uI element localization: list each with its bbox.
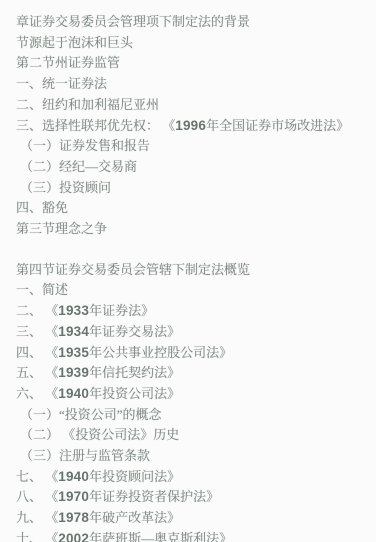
toc-line: 二、纽约和加利福尼亚州 <box>16 95 370 116</box>
toc-line-text: 一、统一证券法 <box>16 76 107 91</box>
toc-line: 四、 《1935年公共事业控股公司法》 <box>16 343 370 364</box>
toc-line: （三）投资顾问 <box>16 178 370 199</box>
toc-line: （一）证券发售和报告 <box>16 136 370 157</box>
toc-line: 七、 《1940年投资顾问法》 <box>16 467 370 488</box>
toc-line: 第四节证券交易委员会管辖下制定法概览 <box>16 260 370 281</box>
toc-line: 八、 《1970年证券投资者保护法》 <box>16 487 370 508</box>
toc-line: 第三节理念之争 <box>16 219 370 240</box>
toc-line: （二） 《投资公司法》历史 <box>16 425 370 446</box>
toc-line-text: （一）证券发售和报告 <box>20 138 150 153</box>
toc-line-text: 第四节证券交易委员会管辖下制定法概览 <box>16 262 250 277</box>
toc-line: （二）经纪—交易商 <box>16 157 370 178</box>
toc-line: 十、 《2002年萨班斯—奥克斯利法》 <box>16 529 370 542</box>
toc-line-text: 七、 《1940年投资顾问法》 <box>16 469 180 484</box>
toc-line: 三、 《1934年证券交易法》 <box>16 322 370 343</box>
toc-line-text: （二） 《投资公司法》历史 <box>20 427 179 442</box>
toc-line: 二、 《1933年证券法》 <box>16 301 370 322</box>
toc-line-text: （一）“投资公司”的概念 <box>20 407 162 422</box>
toc-line-text: （三）投资顾问 <box>20 180 111 195</box>
toc-line: 节源起于泡沫和巨头 <box>16 33 370 54</box>
toc-line-text: 二、 《1933年证券法》 <box>16 303 154 318</box>
toc-line: 一、简述 <box>16 280 370 301</box>
toc-line-text: 第二节州证券监管 <box>16 55 120 70</box>
toc-line: 章证券交易委员会管理项下制定法的背景 <box>16 12 370 33</box>
toc-line-text: 一、简述 <box>16 282 68 297</box>
toc-line: （三）注册与监管条款 <box>16 446 370 467</box>
toc-line-text: 四、豁免 <box>16 200 68 215</box>
toc-line-text: 十、 《2002年萨班斯—奥克斯利法》 <box>16 531 232 542</box>
toc-line-text: 三、选择性联邦优先权： 《1996年全国证券市场改进法》 <box>16 118 349 133</box>
toc-line-text: 五、 《1939年信托契约法》 <box>16 365 180 380</box>
toc-line-text: 六、 《1940年投资公司法》 <box>16 386 180 401</box>
toc-line-text: （三）注册与监管条款 <box>20 448 150 463</box>
toc-line-text: 章证券交易委员会管理项下制定法的背景 <box>16 14 250 29</box>
toc-line: 五、 《1939年信托契约法》 <box>16 363 370 384</box>
toc-line: 一、统一证券法 <box>16 74 370 95</box>
toc-line-text: 第三节理念之争 <box>16 221 107 236</box>
toc-line: 四、豁免 <box>16 198 370 219</box>
document-page: 章证券交易委员会管理项下制定法的背景 节源起于泡沫和巨头 第二节州证券监管 一、… <box>0 0 376 542</box>
toc-line-text: （二）经纪—交易商 <box>20 159 137 174</box>
toc-line: 九、 《1978年破产改革法》 <box>16 508 370 529</box>
toc-line: （一）“投资公司”的概念 <box>16 405 370 426</box>
toc-line-text: 九、 《1978年破产改革法》 <box>16 510 180 525</box>
toc-line: 第二节州证券监管 <box>16 53 370 74</box>
toc-line-text: 三、 《1934年证券交易法》 <box>16 324 180 339</box>
toc-line: 六、 《1940年投资公司法》 <box>16 384 370 405</box>
toc-line-text: 二、纽约和加利福尼亚州 <box>16 97 159 112</box>
toc-line-text: 八、 《1970年证券投资者保护法》 <box>16 489 219 504</box>
toc-line: 三、选择性联邦优先权： 《1996年全国证券市场改进法》 <box>16 116 370 137</box>
toc-line-text: 节源起于泡沫和巨头 <box>16 35 133 50</box>
toc-line-text: 四、 《1935年公共事业控股公司法》 <box>16 345 232 360</box>
